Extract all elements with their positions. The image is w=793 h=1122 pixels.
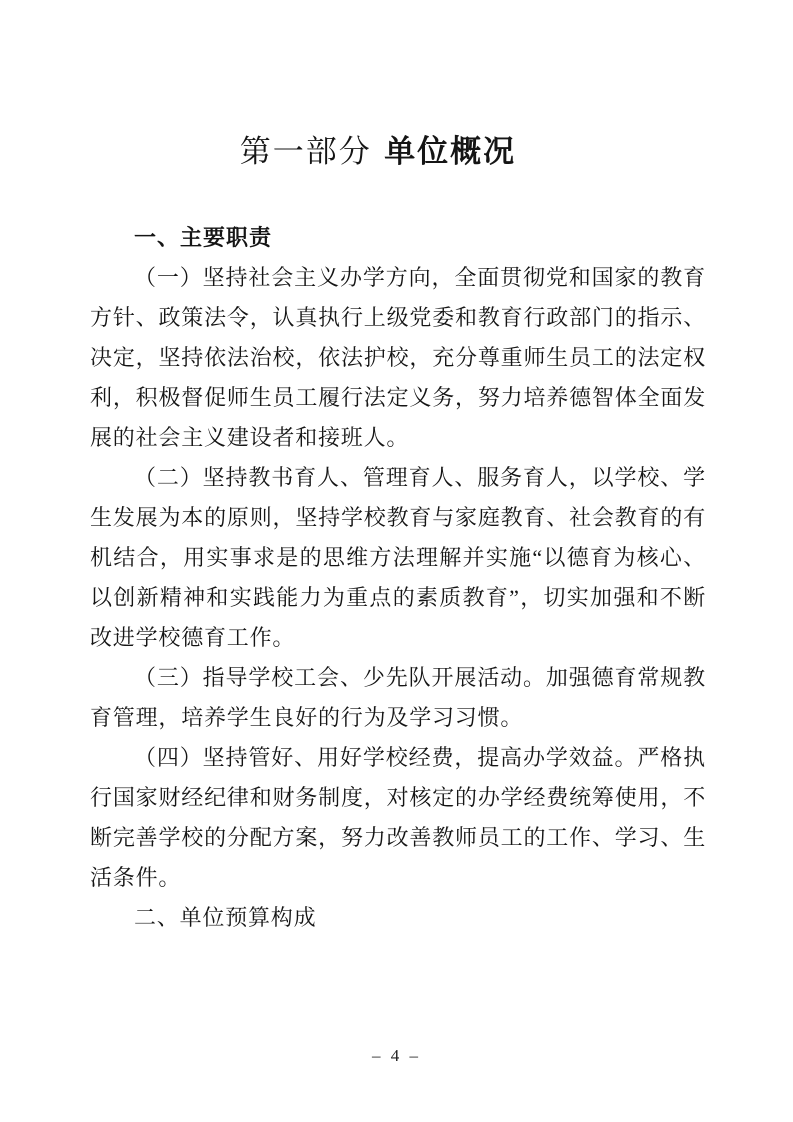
page-number: – 4 – <box>0 1046 793 1066</box>
page-content: 第一部分单位概况 一、主要职责 （一）坚持社会主义办学方向，全面贯彻党和国家的教… <box>90 0 706 938</box>
main-duties-paragraph-2: （二）坚持教书育人、管理育人、服务育人，以学校、学生发展为本的原则，坚持学校教育… <box>90 458 706 658</box>
section-main-duties-heading: 一、主要职责 <box>90 218 706 258</box>
title-part-label: 第一部分 <box>240 134 372 169</box>
section-budget-composition-heading: 二、单位预算构成 <box>90 898 706 938</box>
main-duties-paragraph-3: （三）指导学校工会、少先队开展活动。加强德育常规教育管理，培养学生良好的行为及学… <box>90 658 706 738</box>
title-subject-label: 单位概况 <box>384 134 516 169</box>
main-duties-paragraph-4: （四）坚持管好、用好学校经费，提高办学效益。严格执行国家财经纪律和财务制度，对核… <box>90 738 706 898</box>
document-title: 第一部分单位概况 <box>70 128 686 175</box>
document-page: 第一部分单位概况 一、主要职责 （一）坚持社会主义办学方向，全面贯彻党和国家的教… <box>0 0 793 1122</box>
main-duties-paragraph-1: （一）坚持社会主义办学方向，全面贯彻党和国家的教育方针、政策法令，认真执行上级党… <box>90 258 706 458</box>
